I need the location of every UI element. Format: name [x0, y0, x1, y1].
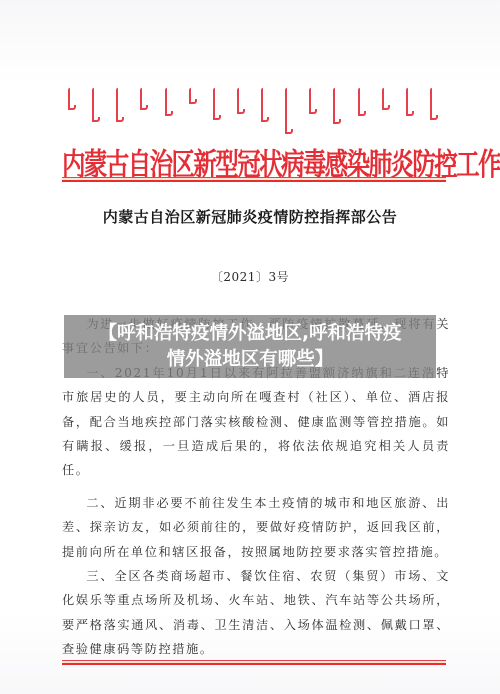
mongolian-glyph [237, 88, 245, 114]
mongolian-glyph [189, 88, 197, 104]
overlay-line-1: 【呼和浩特疫情外溢地区,呼和浩特疫 [98, 321, 401, 347]
mongolian-glyph [213, 88, 221, 120]
mongolian-glyph [430, 88, 438, 120]
mongolian-glyph [140, 88, 148, 110]
paragraph-3: 三、全区各类商场超市、餐饮住宿、农贸（集贸）市场、文化娱乐等重点场所及机场、火车… [62, 564, 450, 662]
document-number: 〔2021〕3号 [0, 268, 500, 285]
mongolian-glyph [92, 88, 100, 122]
mongolian-glyph [382, 88, 390, 110]
mongolian-glyph [285, 88, 293, 134]
document-title: 内蒙古自治区新冠肺炎疫情防控指挥部公告 [0, 206, 500, 227]
overlay-line-2: 情外溢地区有哪些】 [167, 347, 334, 373]
header-red-rule [62, 177, 446, 182]
paragraph-1: 一、2021年10月1日以来有阿拉善盟额济纳旗和二连浩特市旅居史的人员，要主动向… [62, 361, 450, 483]
mongolian-glyph [261, 88, 269, 122]
mongolian-glyph [358, 88, 366, 116]
document-page: 内蒙古自治区新型冠状病毒感染肺炎防控工作指挥部 内蒙古自治区新冠肺炎疫情防控指挥… [0, 0, 500, 694]
paragraph-2: 二、近期非必要不前往发生本土疫情的城市和地区旅游、出差、探亲访友，如必须前往的，… [62, 491, 450, 564]
mongolian-glyph [333, 88, 341, 124]
mongolian-glyph [309, 88, 317, 114]
mongolian-glyph [165, 88, 173, 116]
footer-red-rule [62, 660, 446, 665]
mongolian-glyph [68, 88, 76, 110]
mongolian-script-header [68, 88, 438, 140]
headline-overlay: 【呼和浩特疫情外溢地区,呼和浩特疫 情外溢地区有哪些】 [64, 315, 436, 378]
mongolian-glyph [116, 88, 124, 122]
mongolian-glyph [406, 88, 414, 116]
